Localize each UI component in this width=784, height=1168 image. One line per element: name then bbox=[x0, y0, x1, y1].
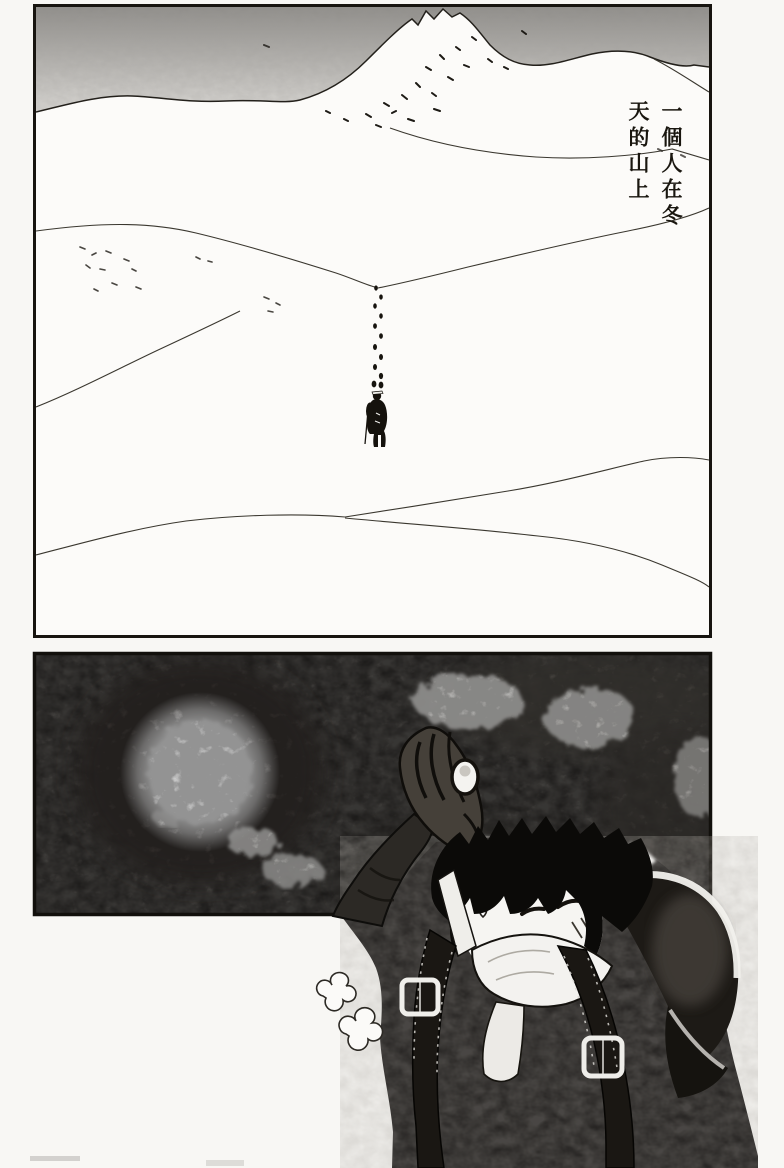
night-art bbox=[28, 646, 758, 1168]
breath-puffs bbox=[317, 973, 383, 1051]
caption-column-2: 天的山上 bbox=[621, 100, 654, 230]
scan-smudges bbox=[30, 1156, 244, 1166]
shiny-object-highlight bbox=[460, 766, 471, 777]
shiny-object bbox=[452, 760, 478, 794]
mountain-art bbox=[36, 7, 709, 635]
caption-column-1: 一個人在冬 bbox=[654, 100, 687, 230]
panel-mountain: 一個人在冬 天的山上 bbox=[33, 4, 712, 638]
snowfield bbox=[36, 9, 709, 635]
caption-vertical-text: 一個人在冬 天的山上 bbox=[621, 100, 687, 230]
manga-page: 一個人在冬 天的山上 bbox=[0, 0, 784, 1168]
panel-night bbox=[28, 646, 758, 1168]
